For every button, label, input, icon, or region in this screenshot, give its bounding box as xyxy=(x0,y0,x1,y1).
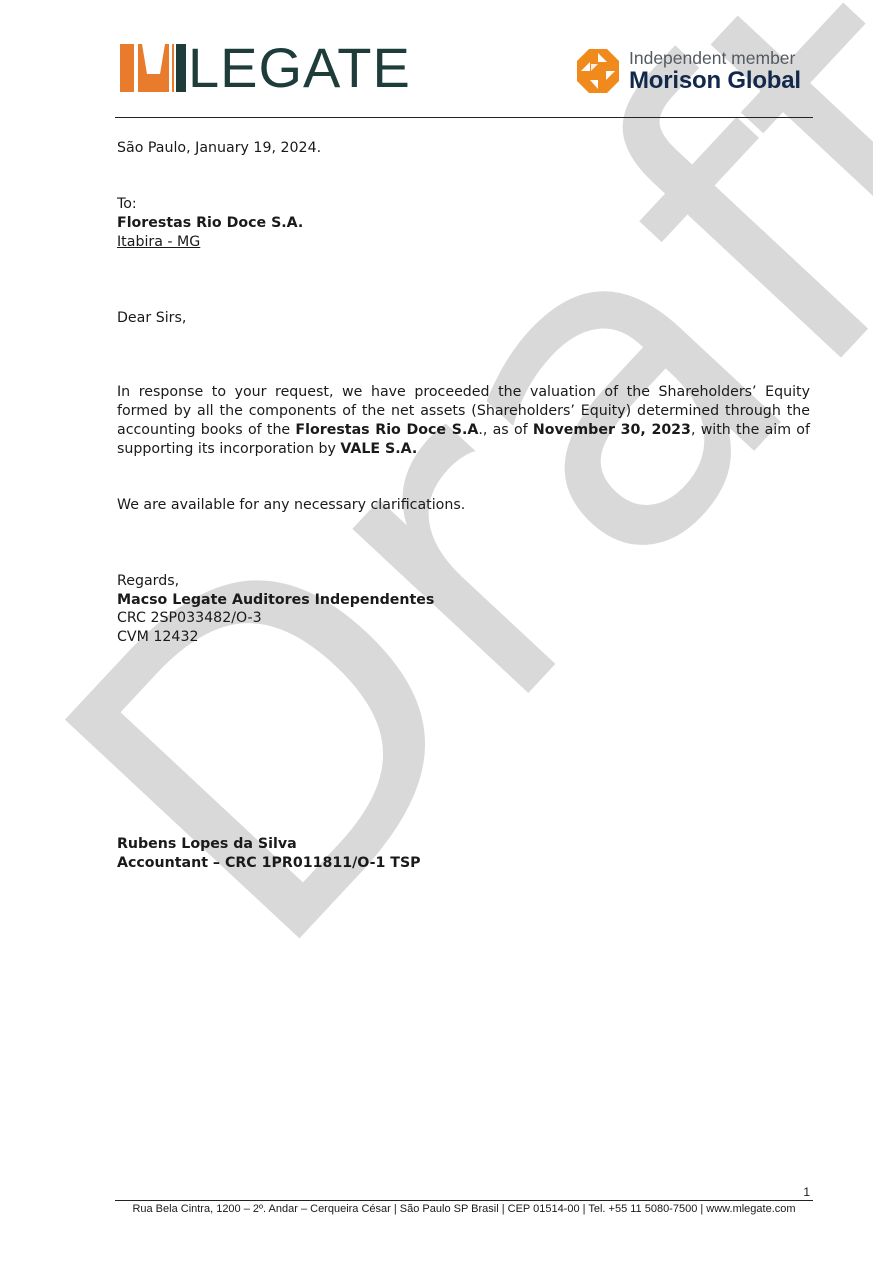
signer-name: Rubens Lopes da Silva xyxy=(117,835,297,854)
footer-divider xyxy=(115,1200,813,1201)
firm-cvm: CVM 12432 xyxy=(117,628,199,647)
body-company: Florestas Rio Doce S.A xyxy=(295,422,478,438)
independent-member-label: Independent member xyxy=(629,48,801,68)
availability-statement: We are available for any necessary clari… xyxy=(117,496,465,515)
body-acquirer: VALE S.A. xyxy=(340,441,417,457)
salutation: Dear Sirs, xyxy=(117,309,186,328)
recipient-name: Florestas Rio Doce S.A. xyxy=(117,214,303,233)
body-text-2: ., as of xyxy=(478,422,533,438)
mlegate-wordmark: LEGATE xyxy=(188,44,411,92)
firm-name: Macso Legate Auditores Independentes xyxy=(117,591,434,610)
header-divider xyxy=(115,117,813,118)
place-date: São Paulo, January 19, 2024. xyxy=(117,139,321,158)
letter-page: Draft LEGATE In xyxy=(0,0,873,1271)
morison-octagon-icon xyxy=(577,49,619,93)
signer-title: Accountant – CRC 1PR011811/O-1 TSP xyxy=(117,854,421,873)
body-paragraph: In response to your request, we have pro… xyxy=(117,383,810,459)
closing: Regards, xyxy=(117,572,179,591)
mlegate-logo: LEGATE xyxy=(120,44,411,92)
recipient-location: Itabira - MG xyxy=(117,233,200,252)
body-date: November 30, 2023 xyxy=(533,422,691,438)
morison-global-name: Morison Global xyxy=(629,68,801,94)
morison-global-logo: Independent member Morison Global xyxy=(577,48,801,94)
firm-crc: CRC 2SP033482/O-3 xyxy=(117,609,262,628)
footer-address: Rua Bela Cintra, 1200 – 2º. Andar – Cerq… xyxy=(115,1203,813,1215)
to-label: To: xyxy=(117,195,137,214)
page-number: 1 xyxy=(803,1185,810,1199)
mlegate-m-mark-icon xyxy=(120,44,186,92)
